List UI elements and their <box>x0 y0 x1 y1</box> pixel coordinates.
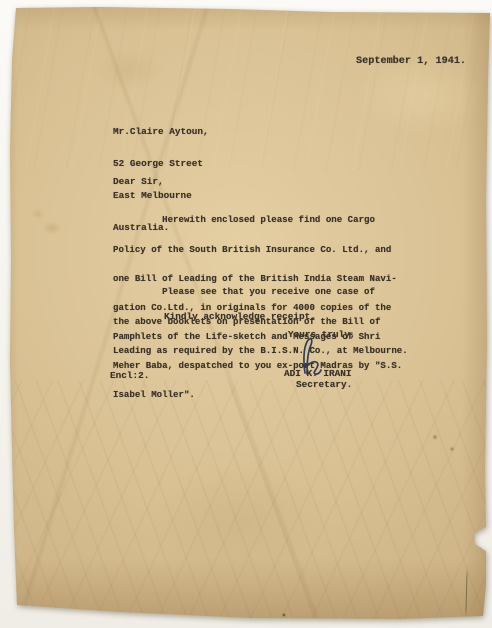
letter-paper: September 1, 1941. Mr.Claire Aytoun, 52 … <box>0 0 492 628</box>
body-line: Leading as required by the B.I.S.N. Co.,… <box>113 346 408 356</box>
acknowledgement-line: Kindly acknowledge receipt. <box>164 312 316 322</box>
paper-shadow: September 1, 1941. Mr.Claire Aytoun, 52 … <box>0 0 492 628</box>
body-line: Please see that you receive one case of <box>113 287 408 297</box>
body-line: Policy of the South British Insurance Co… <box>113 245 402 255</box>
paper-creases-top <box>0 0 492 170</box>
scan-background: September 1, 1941. Mr.Claire Aytoun, 52 … <box>0 0 492 628</box>
signatory-title: Secretary. <box>296 380 352 390</box>
recipient-line: 52 George Street <box>113 159 209 170</box>
body-line: Herewith enclosed please find one Cargo <box>113 215 402 225</box>
salutation: Dear Sir, <box>113 177 164 187</box>
signatory-name: ADI K. IRANI <box>284 369 352 379</box>
recipient-line: Mr.Claire Aytoun, <box>113 127 209 138</box>
letter-date: September 1, 1941. <box>356 57 466 67</box>
body-line: Isabel Moller". <box>113 390 402 400</box>
enclosure-note: Encl:2. <box>110 371 149 381</box>
